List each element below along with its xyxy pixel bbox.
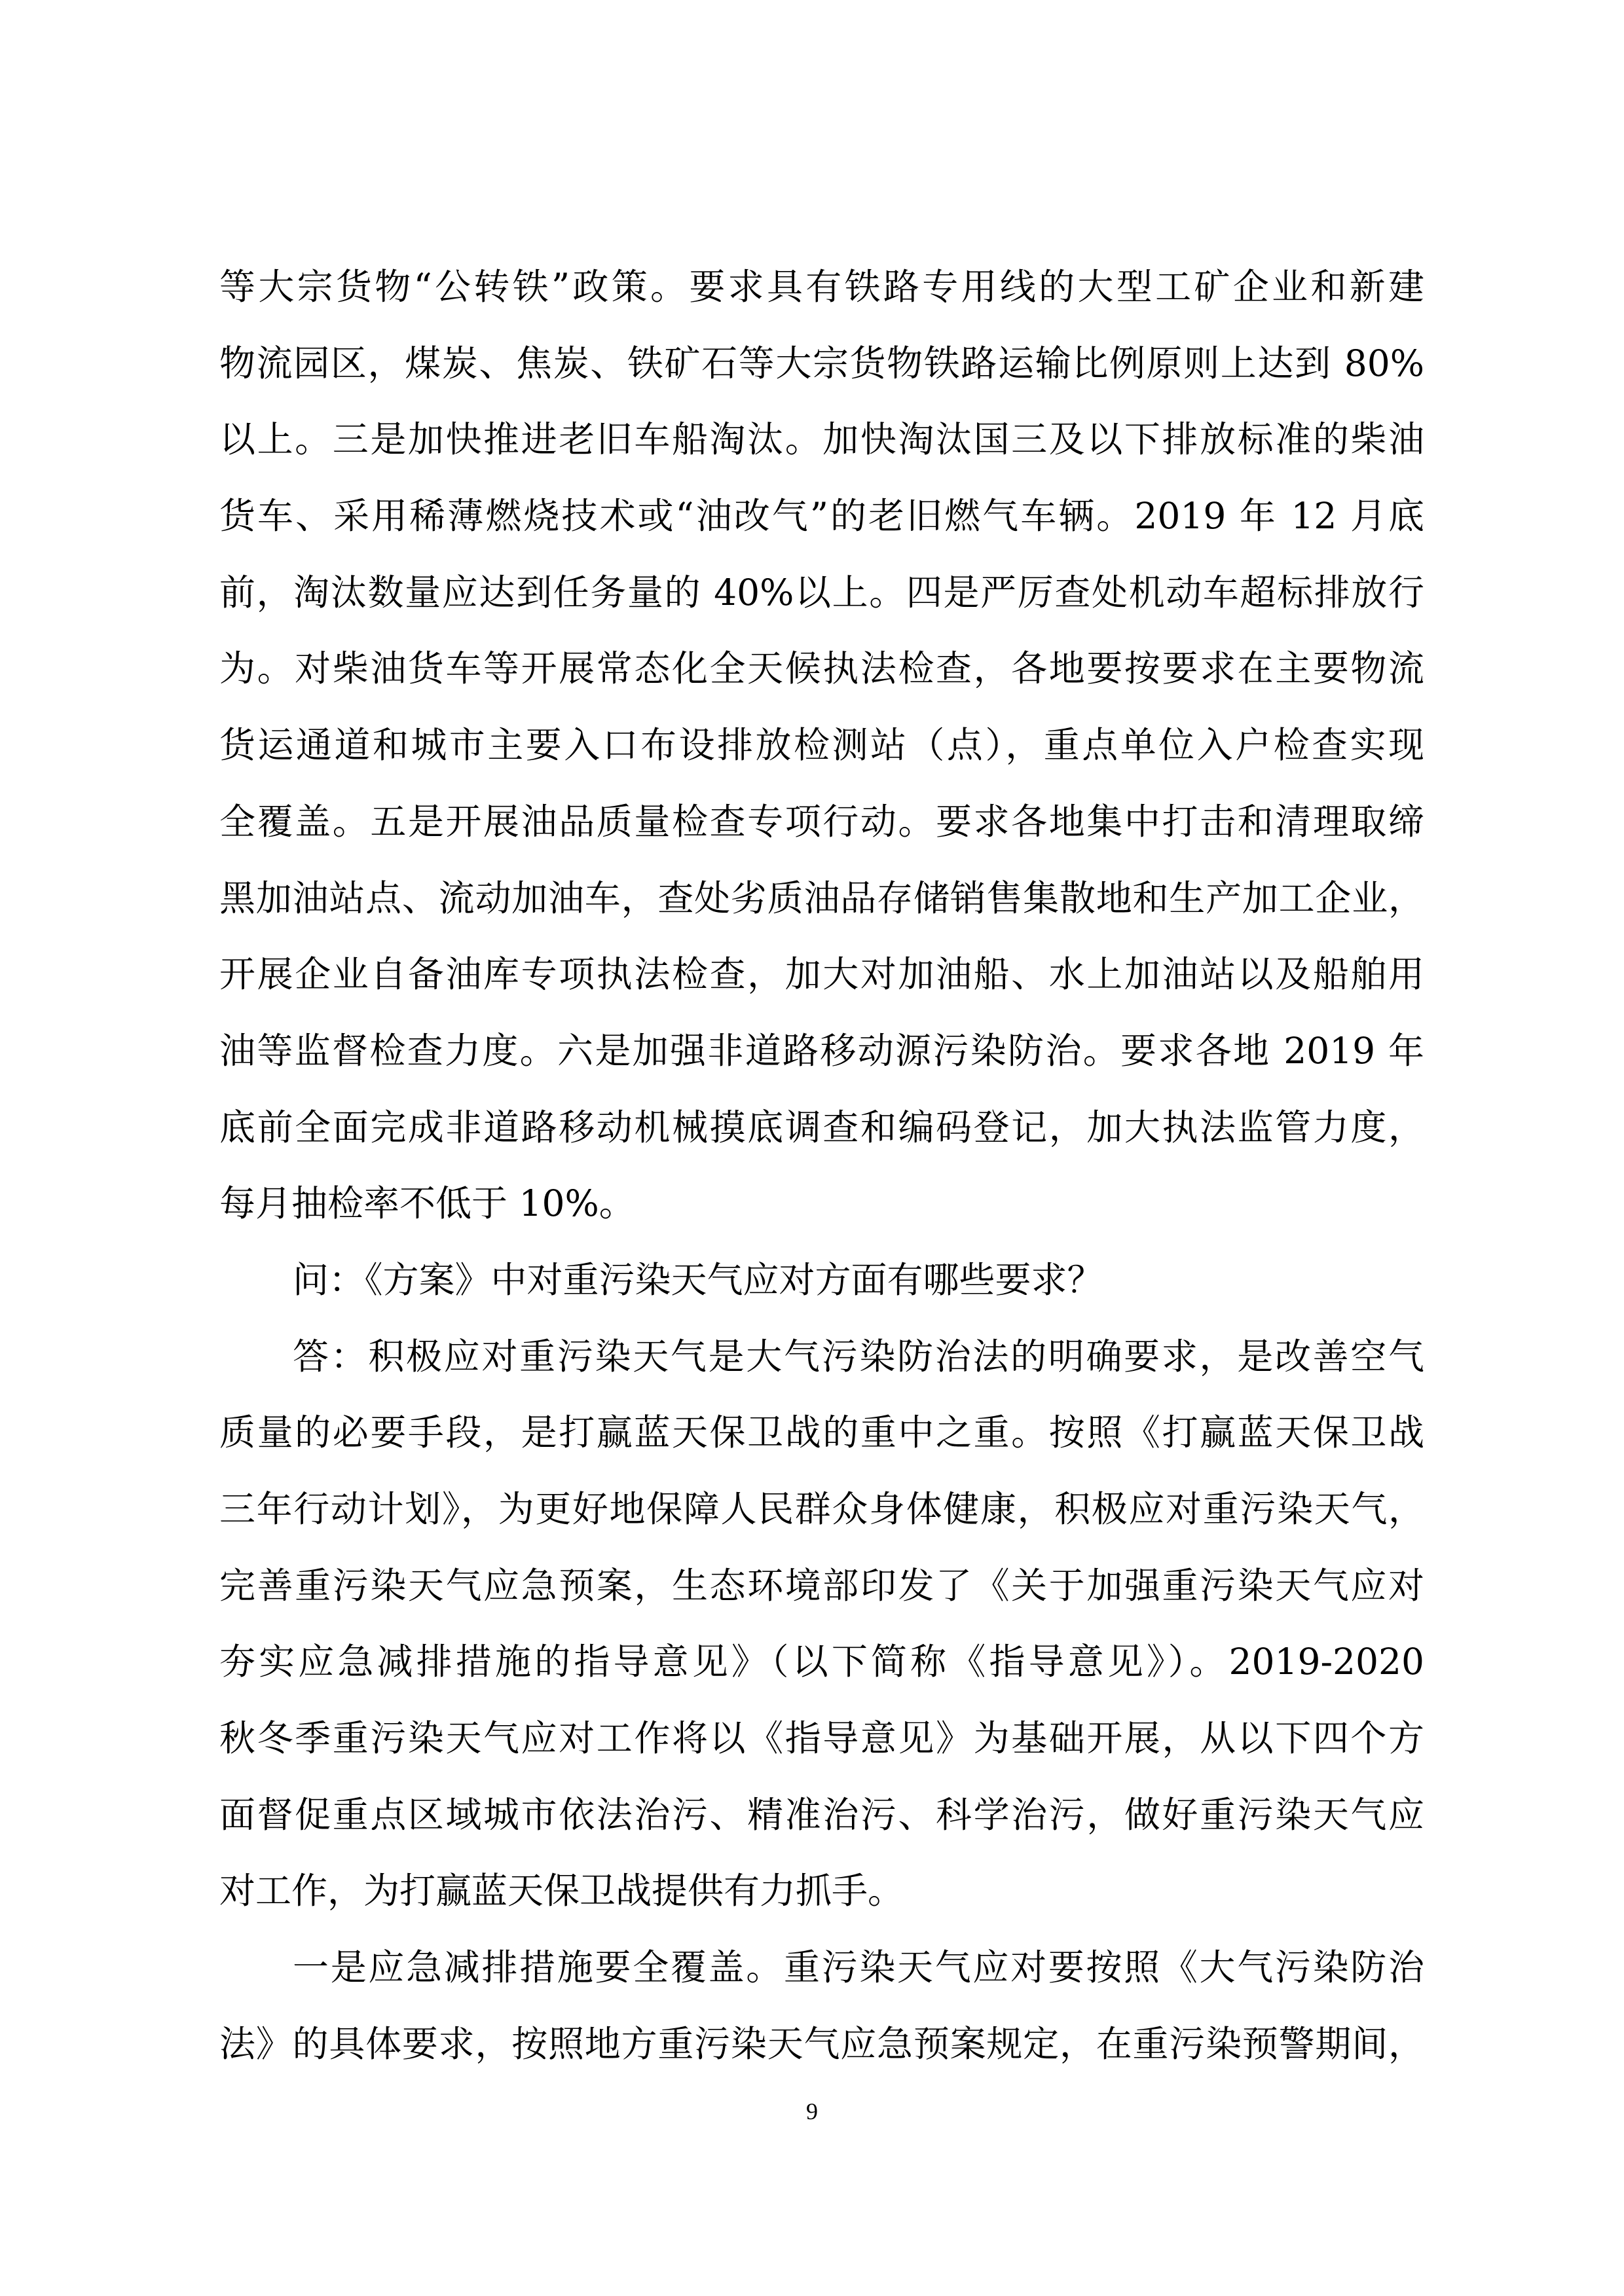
page-number: 9 <box>0 2095 1624 2128</box>
text-line: 前，淘汰数量应达到任务量的 40%以上。四是严厉查处机动车超标排放行 <box>219 555 1424 631</box>
text-line: 每月抽检率不低于 10%。 <box>219 1165 1424 1242</box>
text-line: 以上。三是加快推进老旧车船淘汰。加快淘汰国三及以下排放标准的柴油 <box>219 401 1424 478</box>
text-line: 黑加油站点、流动加油车，查处劣质油品存储销售集散地和生产加工企业， <box>219 860 1424 937</box>
text-line: 法》的具体要求，按照地方重污染天气应急预案规定，在重污染预警期间， <box>219 2006 1424 2083</box>
document-page: 等大宗货物“公转铁”政策。要求具有铁路专用线的大型工矿企业和新建 物流园区，煤炭… <box>0 0 1624 2296</box>
text-line: 秋冬季重污染天气应对工作将以《指导意见》为基础开展，从以下四个方 <box>219 1700 1424 1777</box>
text-line: 油等监督检查力度。六是加强非道路移动源污染防治。要求各地 2019 年 <box>219 1013 1424 1089</box>
text-line: 等大宗货物“公转铁”政策。要求具有铁路专用线的大型工矿企业和新建 <box>219 249 1424 325</box>
text-line: 答：积极应对重污染天气是大气污染防治法的明确要求，是改善空气 <box>219 1319 1424 1395</box>
paragraph-answer: 答：积极应对重污染天气是大气污染防治法的明确要求，是改善空气 质量的必要手段，是… <box>219 1319 1424 1930</box>
text-line: 质量的必要手段，是打赢蓝天保卫战的重中之重。按照《打赢蓝天保卫战 <box>219 1394 1424 1471</box>
text-line: 开展企业自备油库专项执法检查，加大对加油船、水上加油站以及船舶用 <box>219 936 1424 1013</box>
text-line: 物流园区，煤炭、焦炭、铁矿石等大宗货物铁路运输比例原则上达到 80% <box>219 325 1424 402</box>
text-line: 完善重污染天气应急预案，生态环境部印发了《关于加强重污染天气应对 <box>219 1548 1424 1624</box>
paragraph-continuation: 等大宗货物“公转铁”政策。要求具有铁路专用线的大型工矿企业和新建 物流园区，煤炭… <box>219 249 1424 1242</box>
text-line: 三年行动计划》，为更好地保障人民群众身体健康，积极应对重污染天气， <box>219 1471 1424 1548</box>
paragraph-question: 问：《方案》中对重污染天气应对方面有哪些要求？ <box>219 1242 1424 1319</box>
body-text: 等大宗货物“公转铁”政策。要求具有铁路专用线的大型工矿企业和新建 物流园区，煤炭… <box>219 249 1424 2083</box>
text-line: 全覆盖。五是开展油品质量检查专项行动。要求各地集中打击和清理取缔 <box>219 784 1424 860</box>
text-line: 夯实应急减排措施的指导意见》（以下简称《指导意见》）。2019-2020 <box>219 1624 1424 1700</box>
text-line: 货运通道和城市主要入口布设排放检测站（点），重点单位入户检查实现 <box>219 707 1424 784</box>
text-line: 一是应急减排措施要全覆盖。重污染天气应对要按照《大气污染防治 <box>219 1929 1424 2006</box>
text-line: 面督促重点区域城市依法治污、精准治污、科学治污，做好重污染天气应 <box>219 1777 1424 1853</box>
paragraph-point-one: 一是应急减排措施要全覆盖。重污染天气应对要按照《大气污染防治 法》的具体要求，按… <box>219 1929 1424 2082</box>
text-line: 货车、采用稀薄燃烧技术或“油改气”的老旧燃气车辆。2019 年 12 月底 <box>219 478 1424 555</box>
text-line: 对工作，为打赢蓝天保卫战提供有力抓手。 <box>219 1853 1424 1929</box>
question-heading: 问：《方案》中对重污染天气应对方面有哪些要求？ <box>219 1242 1424 1319</box>
text-line: 底前全面完成非道路移动机械摸底调查和编码登记，加大执法监管力度， <box>219 1089 1424 1166</box>
text-line: 为。对柴油货车等开展常态化全天候执法检查，各地要按要求在主要物流 <box>219 630 1424 707</box>
